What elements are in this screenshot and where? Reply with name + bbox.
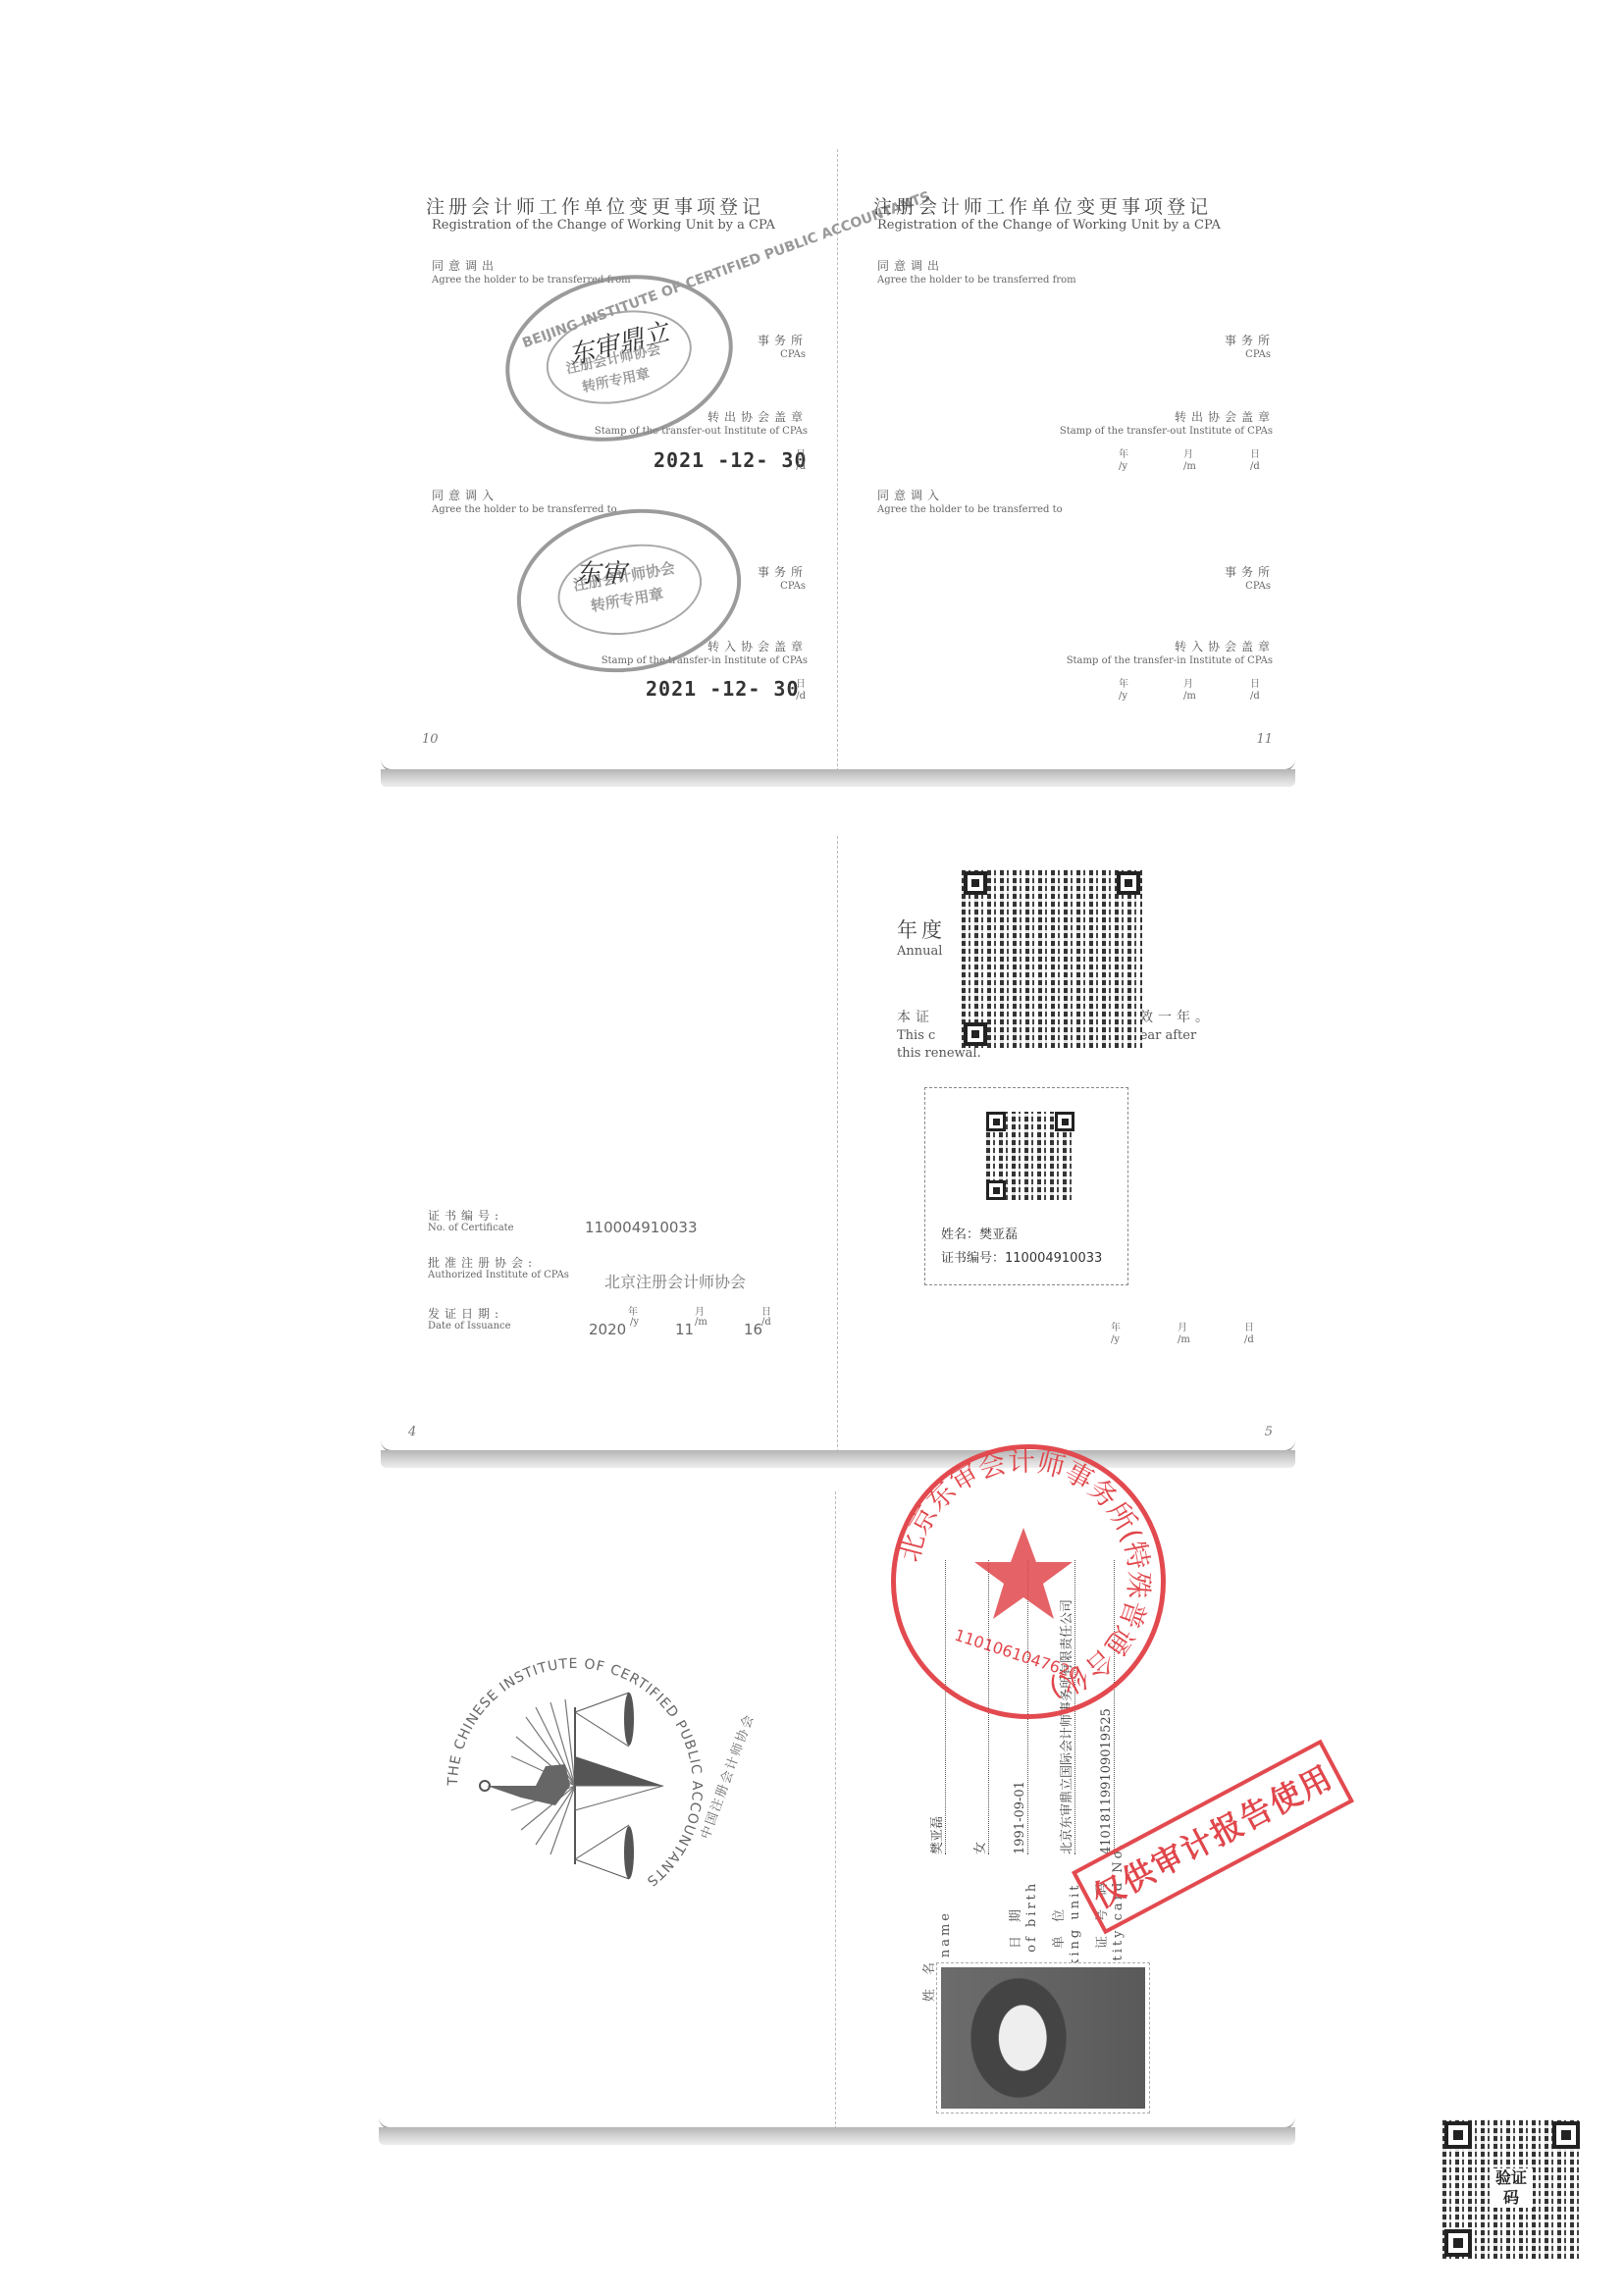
firm-label-en: CPAs <box>780 349 806 360</box>
issue-date-label-zh: 发证日期: <box>428 1305 503 1322</box>
year-label-en: /y <box>1111 1334 1120 1345</box>
transfer-in-label-zh: 同意调入 <box>432 487 498 503</box>
page-edge-shadow <box>381 1450 1295 1468</box>
firm-label-zh: 事务所 <box>758 332 808 348</box>
page-edge-shadow <box>379 2127 1295 2145</box>
page-title-en: Registration of the Change of Working Un… <box>432 218 775 233</box>
institute-label-zh: 批准注册协会: <box>428 1254 537 1271</box>
annual-title-zh: 年度 <box>897 914 946 944</box>
page-edge-shadow <box>381 769 1295 787</box>
month-label-en: /m <box>1183 461 1196 472</box>
year-label-zh-2: 年 <box>1119 675 1128 690</box>
transfer-in-date-stamp: 2021 -12- 30 <box>646 677 800 701</box>
page-10: 注册会计师工作单位变更事项登记 Registration of the Chan… <box>381 149 837 771</box>
page-4: 证书编号: No. of Certificate 110004910033 批准… <box>381 836 837 1452</box>
page-number: 10 <box>422 732 439 747</box>
transfer-in-label-zh: 同意调入 <box>877 487 944 503</box>
firm-label-en-2: CPAs <box>780 581 806 592</box>
firm-label-en: CPAs <box>1245 349 1271 360</box>
spread-pages-4-5: 证书编号: No. of Certificate 110004910033 批准… <box>381 836 1295 1452</box>
day-label-zh: 日 <box>761 1303 771 1318</box>
cert-no-value: 110004910033 <box>585 1219 698 1236</box>
company-red-stamp: 北京东审会计师事务所(特殊普通合伙) 1101061047620 <box>891 1444 1166 1719</box>
handwritten-signature-2: 东审 <box>575 553 626 590</box>
page-title-zh: 注册会计师工作单位变更事项登记 <box>873 192 1212 219</box>
day-label-en-2: /d <box>1250 691 1260 702</box>
annual-title-en: Annual <box>897 944 942 959</box>
emblem-page: THE CHINESE INSTITUTE OF CERTIFIED PUBLI… <box>379 1491 835 2129</box>
spread-id-page: THE CHINESE INSTITUTE OF CERTIFIED PUBLI… <box>379 1491 1295 2129</box>
day-label-en: /d <box>1244 1334 1254 1345</box>
page-title-zh: 注册会计师工作单位变更事项登记 <box>426 192 764 219</box>
validity-text-en-start: This c <box>897 1028 935 1043</box>
page-number: 5 <box>1265 1425 1273 1439</box>
svg-text:1101061047620: 1101061047620 <box>952 1626 1081 1684</box>
page-title-en: Registration of the Change of Working Un… <box>877 218 1221 233</box>
transfer-out-stamp-label-zh: 转出协会盖章 <box>1175 408 1275 425</box>
month-label-zh: 月 <box>1178 1319 1187 1333</box>
transfer-out-stamp-label-zh: 转出协会盖章 <box>707 408 808 425</box>
page-number: 11 <box>1256 732 1273 747</box>
year-label-zh: 年 <box>1111 1319 1121 1333</box>
day-label-zh-2: 日 <box>1250 675 1260 690</box>
holder-photo <box>936 1962 1150 2113</box>
cicpa-emblem-icon: THE CHINESE INSTITUTE OF CERTIFIED PUBLI… <box>428 1639 722 1933</box>
firm-label-en-2: CPAs <box>1245 581 1271 592</box>
institute-label-en: Authorized Institute of CPAs <box>428 1270 569 1280</box>
firm-label-zh-2: 事务所 <box>1225 563 1275 580</box>
issue-month: 11 <box>675 1321 694 1338</box>
issue-year: 2020 <box>589 1321 626 1338</box>
firm-label-zh-2: 事务所 <box>758 563 808 580</box>
validity-text-en-line2: this renewal. <box>897 1046 981 1061</box>
month-label-zh-2: 月 <box>1183 675 1193 690</box>
cert-no-label-en: No. of Certificate <box>428 1223 514 1233</box>
page-5: 年度 Annual 本证 有效一年。 This c r year after t… <box>838 836 1294 1452</box>
month-label-zh: 月 <box>695 1303 705 1318</box>
year-label-en: /y <box>1119 461 1127 472</box>
year-label-zh: 年 <box>628 1303 638 1318</box>
year-label-en: /y <box>630 1317 639 1328</box>
day-label-zh: 日 <box>1244 1319 1254 1333</box>
page-number: 4 <box>408 1425 416 1439</box>
card-cert-number: 证书编号：110004910033 <box>941 1247 1102 1266</box>
spread-pages-10-11: 注册会计师工作单位变更事项登记 Registration of the Chan… <box>381 149 1295 771</box>
day-label-zh: 日 <box>796 445 806 460</box>
info-label-zh: 姓名 <box>918 1949 937 2002</box>
qr-card: 姓名：樊亚磊 证书编号：110004910033 <box>924 1087 1128 1285</box>
month-label-en-2: /m <box>1183 691 1196 702</box>
day-label-en: /d <box>796 461 806 472</box>
transfer-in-stamp-label-zh: 转入协会盖章 <box>1175 638 1275 654</box>
annual-qr-code[interactable] <box>962 869 1142 1048</box>
day-label-en: /d <box>761 1317 771 1328</box>
day-label-zh-2: 日 <box>796 675 806 690</box>
card-qr-code[interactable] <box>986 1112 1074 1200</box>
month-label-en: /m <box>695 1317 707 1328</box>
transfer-out-label-zh: 同意调出 <box>432 257 498 274</box>
firm-label-zh: 事务所 <box>1225 332 1275 348</box>
month-label-zh: 月 <box>1183 445 1193 460</box>
transfer-out-label-zh: 同意调出 <box>877 257 944 274</box>
card-name: 姓名：樊亚磊 <box>941 1224 1018 1242</box>
day-label-zh: 日 <box>1250 445 1260 460</box>
star-icon <box>974 1528 1073 1619</box>
year-label-en-2: /y <box>1119 691 1127 702</box>
institute-value: 北京注册会计师协会 <box>604 1270 746 1292</box>
transfer-in-label-en: Agree the holder to be transferred to <box>877 504 1063 515</box>
transfer-in-stamp-label-en: Stamp of the transfer-in Institute of CP… <box>1067 655 1273 666</box>
issue-day: 16 <box>744 1321 762 1338</box>
year-label-zh: 年 <box>1119 445 1128 460</box>
transfer-out-date-stamp: 2021 -12- 30 <box>654 448 808 472</box>
verification-qr-code[interactable]: 验证码 <box>1442 2119 1582 2259</box>
transfer-out-stamp-label-en: Stamp of the transfer-out Institute of C… <box>1060 426 1273 437</box>
month-label-en: /m <box>1178 1334 1190 1345</box>
transfer-out-label-en: Agree the holder to be transferred from <box>877 275 1076 286</box>
page-11: 注册会计师工作单位变更事项登记 Registration of the Chan… <box>838 149 1294 771</box>
issue-date-label-en: Date of Issuance <box>428 1321 511 1331</box>
id-info-page: 姓名Full name樊亚磊性别Sex女出生日期Date of birth199… <box>836 1491 1292 2129</box>
day-label-en-2: /d <box>796 691 806 702</box>
validity-text-zh-start: 本证 <box>897 1007 934 1026</box>
cert-no-label-zh: 证书编号: <box>428 1207 503 1224</box>
transfer-in-label-en: Agree the holder to be transferred to <box>432 504 617 515</box>
transfer-in-stamp-label-zh: 转入协会盖章 <box>707 638 808 654</box>
day-label-en: /d <box>1250 461 1260 472</box>
verify-code-label: 验证码 <box>1490 2168 1533 2208</box>
